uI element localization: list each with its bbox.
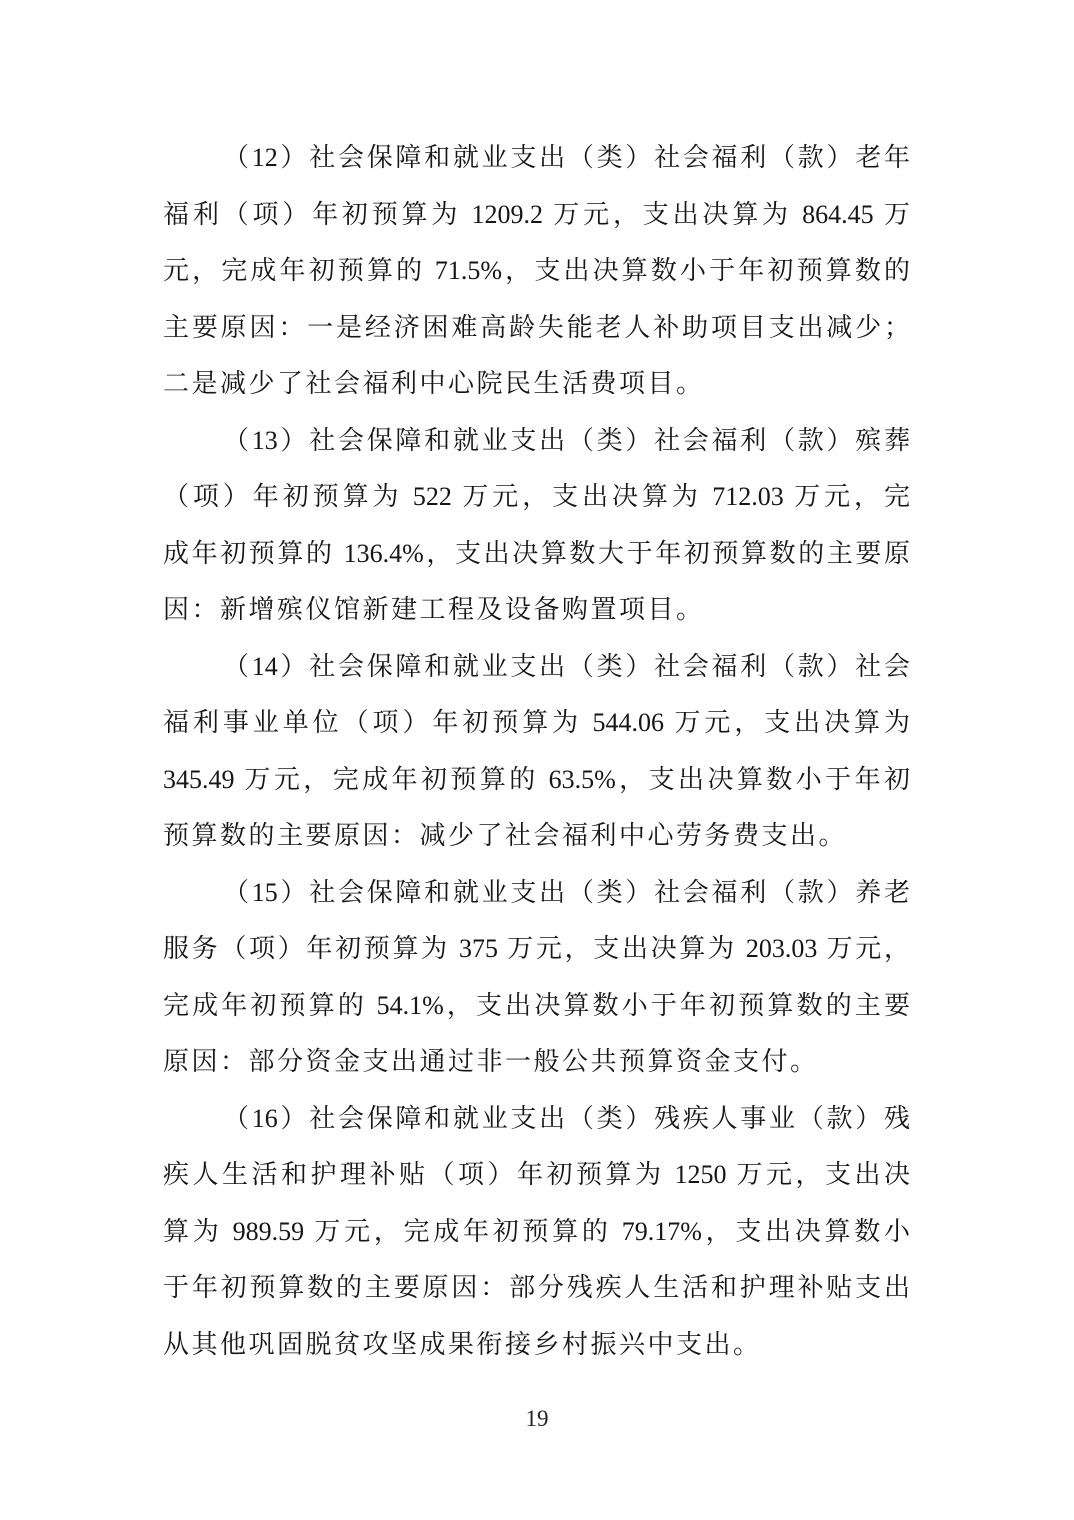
para-13-line-1: （13）社会保障和就业支出（类）社会福利（款）殡葬 [163,413,910,470]
para-14-line-1: （14）社会保障和就业支出（类）社会福利（款）社会 [163,639,910,696]
page-number: 19 [0,1406,1074,1432]
para-14-line-4: 预算数的主要原因：减少了社会福利中心劳务费支出。 [163,808,910,865]
para-13-line-2: （项）年初预算为 522 万元，支出决算为 712.03 万元，完 [163,469,910,526]
para-15-line-1: （15）社会保障和就业支出（类）社会福利（款）养老 [163,865,910,922]
para-16-line-1: （16）社会保障和就业支出（类）残疾人事业（款）残 [163,1091,910,1148]
para-14-line-3: 345.49 万元，完成年初预算的 63.5%，支出决算数小于年初 [163,752,910,809]
para-15-line-4: 原因：部分资金支出通过非一般公共预算资金支付。 [163,1034,910,1091]
body-text: （12）社会保障和就业支出（类）社会福利（款）老年 福利（项）年初预算为 120… [163,130,910,1373]
para-12-line-1: （12）社会保障和就业支出（类）社会福利（款）老年 [163,130,910,187]
para-15-line-2: 服务（项）年初预算为 375 万元，支出决算为 203.03 万元， [163,921,910,978]
para-16-line-2: 疾人生活和护理补贴（项）年初预算为 1250 万元，支出决 [163,1147,910,1204]
para-16-line-4: 于年初预算数的主要原因：部分残疾人生活和护理补贴支出 [163,1260,910,1317]
para-15-line-3: 完成年初预算的 54.1%，支出决算数小于年初预算数的主要 [163,978,910,1035]
para-12-line-2: 福利（项）年初预算为 1209.2 万元，支出决算为 864.45 万 [163,187,910,244]
para-14-line-2: 福利事业单位（项）年初预算为 544.06 万元，支出决算为 [163,695,910,752]
para-13-line-3: 成年初预算的 136.4%，支出决算数大于年初预算数的主要原 [163,526,910,583]
para-16-line-3: 算为 989.59 万元，完成年初预算的 79.17%，支出决算数小 [163,1204,910,1261]
para-12-line-4: 主要原因：一是经济困难高龄失能老人补助项目支出减少； [163,300,910,357]
para-12-line-5: 二是减少了社会福利中心院民生活费项目。 [163,356,910,413]
para-16-line-5: 从其他巩固脱贫攻坚成果衔接乡村振兴中支出。 [163,1317,910,1374]
para-13-line-4: 因：新增殡仪馆新建工程及设备购置项目。 [163,582,910,639]
document-page: （12）社会保障和就业支出（类）社会福利（款）老年 福利（项）年初预算为 120… [0,0,1074,1520]
para-12-line-3: 元，完成年初预算的 71.5%，支出决算数小于年初预算数的 [163,243,910,300]
